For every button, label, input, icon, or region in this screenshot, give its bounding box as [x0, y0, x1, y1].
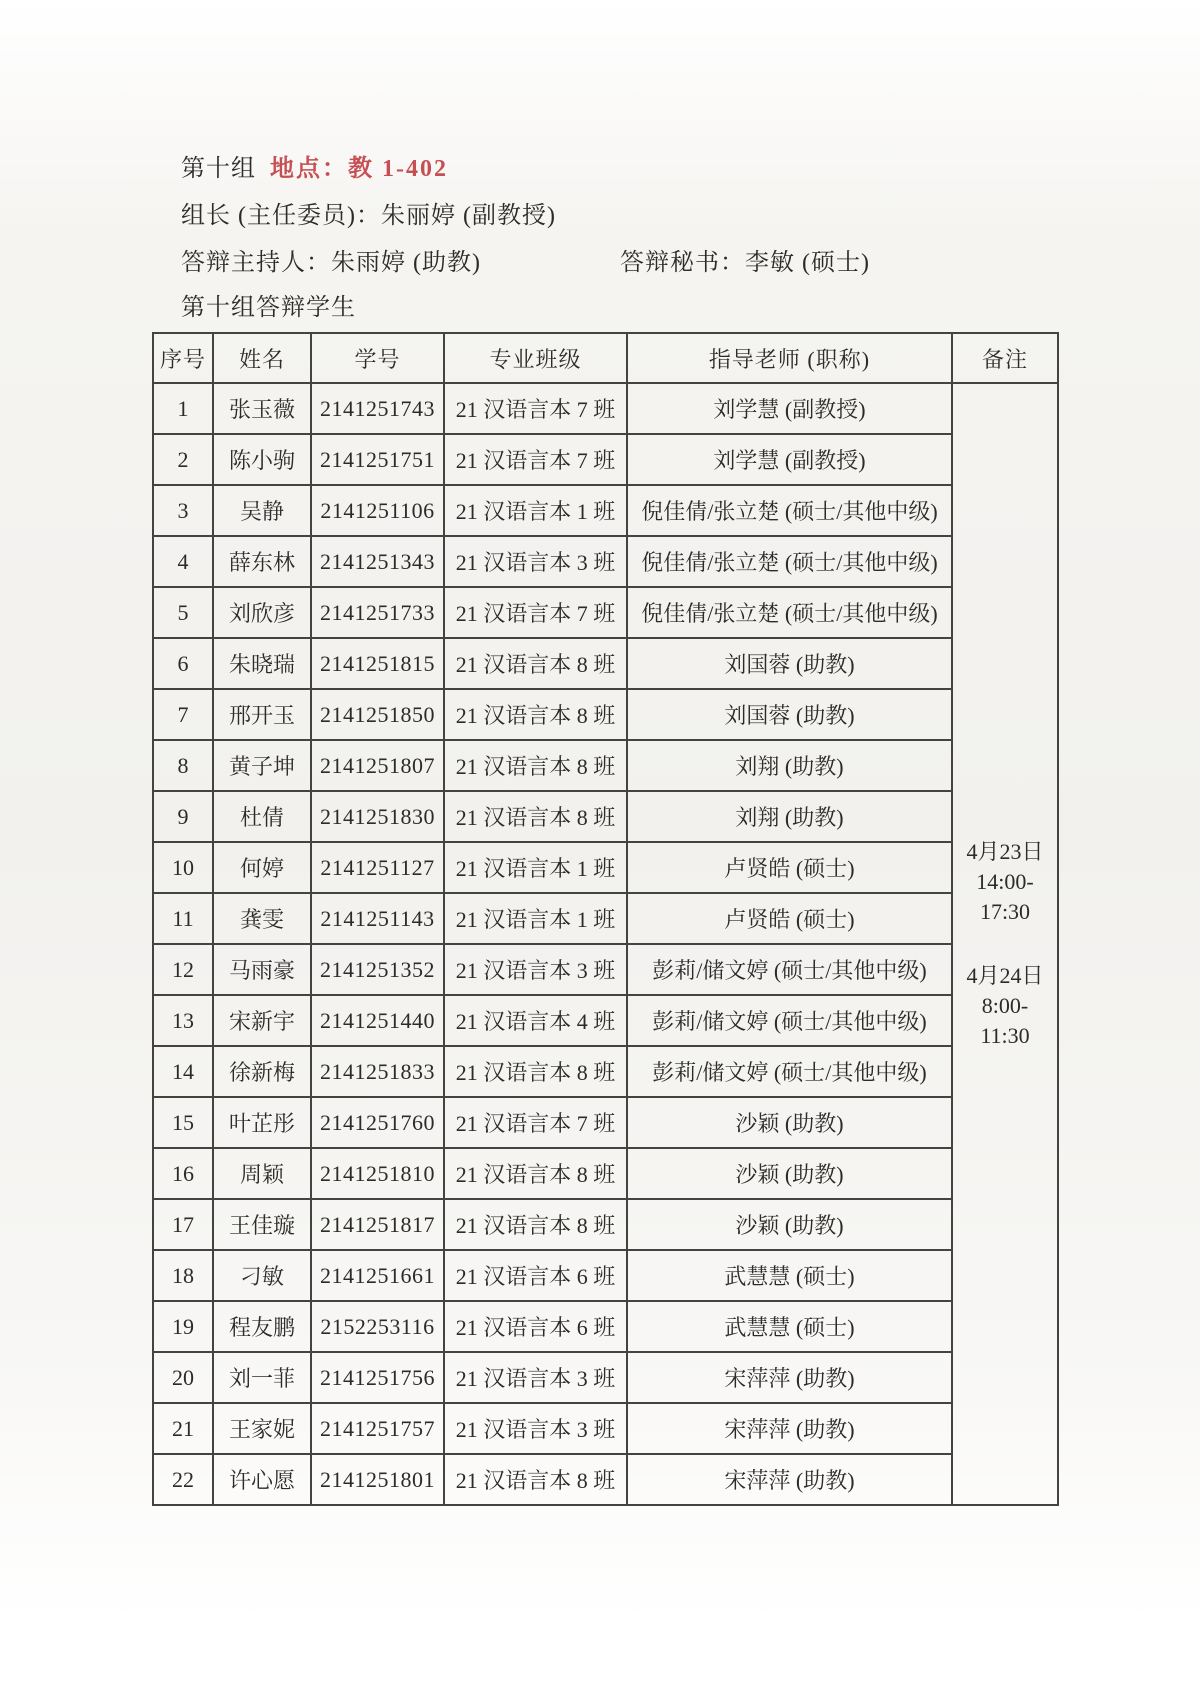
- host-line: 答辩主持人：朱雨婷 (助教): [181, 250, 481, 276]
- cell-advisor: 宋萍萍 (助教): [627, 1403, 952, 1454]
- remark-line: 8:00-: [953, 991, 1057, 1021]
- cell-student-id: 2141251661: [311, 1250, 444, 1301]
- cell-class: 21 汉语言本 3 班: [444, 944, 627, 995]
- cell-advisor: 武慧慧 (硕士): [627, 1250, 952, 1301]
- table-row: 14徐新梅214125183321 汉语言本 8 班彭莉/储文婷 (硕士/其他中…: [153, 1046, 1058, 1097]
- title-line: 第十组地点：教 1-402: [181, 155, 448, 183]
- cell-name: 宋新宇: [213, 995, 311, 1046]
- cell-student-id: 2141251807: [311, 740, 444, 791]
- cell-student-id: 2141251830: [311, 791, 444, 842]
- cell-class: 21 汉语言本 3 班: [444, 1352, 627, 1403]
- cell-class: 21 汉语言本 7 班: [444, 587, 627, 638]
- cell-student-id: 2141251756: [311, 1352, 444, 1403]
- col-header-seq: 序号: [153, 333, 213, 383]
- secretary-line: 答辩秘书：李敏 (硕士): [620, 249, 870, 277]
- cell-seq: 10: [153, 842, 213, 893]
- table-row: 17王佳璇214125181721 汉语言本 8 班沙颖 (助教): [153, 1199, 1058, 1250]
- cell-student-id: 2152253116: [311, 1301, 444, 1352]
- table-row: 9杜倩214125183021 汉语言本 8 班刘翔 (助教): [153, 791, 1058, 842]
- cell-student-id: 2141251352: [311, 944, 444, 995]
- table-row: 21王家妮214125175721 汉语言本 3 班宋萍萍 (助教): [153, 1403, 1058, 1454]
- cell-seq: 8: [153, 740, 213, 791]
- col-header-id: 学号: [311, 333, 444, 383]
- cell-advisor: 彭莉/储文婷 (硕士/其他中级): [627, 944, 952, 995]
- cell-advisor: 刘国蓉 (助教): [627, 689, 952, 740]
- cell-student-id: 2141251440: [311, 995, 444, 1046]
- col-header-class: 专业班级: [444, 333, 627, 383]
- table-header-row: 序号 姓名 学号 专业班级 指导老师 (职称) 备注: [153, 333, 1058, 383]
- cell-name: 陈小驹: [213, 434, 311, 485]
- cell-student-id: 2141251733: [311, 587, 444, 638]
- cell-seq: 22: [153, 1454, 213, 1505]
- cell-seq: 20: [153, 1352, 213, 1403]
- cell-seq: 2: [153, 434, 213, 485]
- cell-advisor: 刘翔 (助教): [627, 740, 952, 791]
- cell-advisor: 彭莉/储文婷 (硕士/其他中级): [627, 995, 952, 1046]
- cell-class: 21 汉语言本 8 班: [444, 1454, 627, 1505]
- cell-seq: 12: [153, 944, 213, 995]
- cell-name: 王家妮: [213, 1403, 311, 1454]
- cell-advisor: 彭莉/储文婷 (硕士/其他中级): [627, 1046, 952, 1097]
- cell-name: 张玉薇: [213, 383, 311, 434]
- remark-line: 4月23日: [953, 837, 1057, 867]
- table-row: 6朱晓瑞214125181521 汉语言本 8 班刘国蓉 (助教): [153, 638, 1058, 689]
- cell-advisor: 刘学慧 (副教授): [627, 434, 952, 485]
- cell-class: 21 汉语言本 4 班: [444, 995, 627, 1046]
- cell-class: 21 汉语言本 3 班: [444, 1403, 627, 1454]
- location-label: 地点：教 1-402: [270, 156, 448, 182]
- cell-seq: 18: [153, 1250, 213, 1301]
- cell-name: 周颖: [213, 1148, 311, 1199]
- remark-line: 11:30: [953, 1021, 1057, 1051]
- cell-student-id: 2141251143: [311, 893, 444, 944]
- cell-name: 徐新梅: [213, 1046, 311, 1097]
- table-row: 12马雨豪214125135221 汉语言本 3 班彭莉/储文婷 (硕士/其他中…: [153, 944, 1058, 995]
- table-row: 20刘一菲214125175621 汉语言本 3 班宋萍萍 (助教): [153, 1352, 1058, 1403]
- cell-seq: 9: [153, 791, 213, 842]
- cell-student-id: 2141251817: [311, 1199, 444, 1250]
- cell-student-id: 2141251127: [311, 842, 444, 893]
- table-row: 3吴静214125110621 汉语言本 1 班倪佳倩/张立楚 (硕士/其他中级…: [153, 485, 1058, 536]
- remark-line: 17:30: [953, 897, 1057, 927]
- scanned-document: { "header": { "group": "第十组", "location"…: [0, 0, 1200, 1692]
- cell-seq: 21: [153, 1403, 213, 1454]
- col-header-remark: 备注: [952, 333, 1058, 383]
- cell-seq: 17: [153, 1199, 213, 1250]
- table-row: 5刘欣彦214125173321 汉语言本 7 班倪佳倩/张立楚 (硕士/其他中…: [153, 587, 1058, 638]
- cell-class: 21 汉语言本 8 班: [444, 689, 627, 740]
- students-table: 序号 姓名 学号 专业班级 指导老师 (职称) 备注 1张玉薇214125174…: [152, 332, 1059, 1506]
- cell-remark-schedule: 4月23日14:00-17:304月24日8:00-11:30: [952, 383, 1058, 1505]
- col-header-name: 姓名: [213, 333, 311, 383]
- cell-class: 21 汉语言本 8 班: [444, 638, 627, 689]
- cell-name: 马雨豪: [213, 944, 311, 995]
- col-header-advisor: 指导老师 (职称): [627, 333, 952, 383]
- remark-line: 4月24日: [953, 961, 1057, 991]
- cell-seq: 4: [153, 536, 213, 587]
- cell-advisor: 宋萍萍 (助教): [627, 1454, 952, 1505]
- table-row: 22许心愿214125180121 汉语言本 8 班宋萍萍 (助教): [153, 1454, 1058, 1505]
- cell-class: 21 汉语言本 3 班: [444, 536, 627, 587]
- cell-student-id: 2141251343: [311, 536, 444, 587]
- cell-name: 薛东林: [213, 536, 311, 587]
- cell-name: 朱晓瑞: [213, 638, 311, 689]
- cell-name: 杜倩: [213, 791, 311, 842]
- cell-seq: 5: [153, 587, 213, 638]
- cell-class: 21 汉语言本 8 班: [444, 740, 627, 791]
- group-title: 第十组: [181, 156, 256, 182]
- cell-seq: 16: [153, 1148, 213, 1199]
- remark-line: 14:00-: [953, 867, 1057, 897]
- cell-student-id: 2141251810: [311, 1148, 444, 1199]
- table-row: 11龚雯214125114321 汉语言本 1 班卢贤皓 (硕士): [153, 893, 1058, 944]
- cell-name: 龚雯: [213, 893, 311, 944]
- cell-class: 21 汉语言本 6 班: [444, 1250, 627, 1301]
- table-row: 13宋新宇214125144021 汉语言本 4 班彭莉/储文婷 (硕士/其他中…: [153, 995, 1058, 1046]
- cell-class: 21 汉语言本 7 班: [444, 434, 627, 485]
- cell-name: 许心愿: [213, 1454, 311, 1505]
- table-row: 2陈小驹214125175121 汉语言本 7 班刘学慧 (副教授): [153, 434, 1058, 485]
- table-row: 8黄子坤214125180721 汉语言本 8 班刘翔 (助教): [153, 740, 1058, 791]
- cell-name: 吴静: [213, 485, 311, 536]
- cell-name: 王佳璇: [213, 1199, 311, 1250]
- table-row: 19程友鹏215225311621 汉语言本 6 班武慧慧 (硕士): [153, 1301, 1058, 1352]
- cell-name: 何婷: [213, 842, 311, 893]
- cell-seq: 11: [153, 893, 213, 944]
- cell-advisor: 刘学慧 (副教授): [627, 383, 952, 434]
- cell-advisor: 刘国蓉 (助教): [627, 638, 952, 689]
- cell-student-id: 2141251850: [311, 689, 444, 740]
- remark-spacer: [953, 927, 1057, 961]
- leader-line: 组长 (主任委员)：朱丽婷 (副教授): [181, 202, 556, 230]
- cell-student-id: 2141251760: [311, 1097, 444, 1148]
- cell-student-id: 2141251743: [311, 383, 444, 434]
- cell-seq: 3: [153, 485, 213, 536]
- host-secretary-line: 答辩主持人：朱雨婷 (助教) 答辩秘书：李敏 (硕士): [181, 249, 1081, 277]
- table-row: 10何婷214125112721 汉语言本 1 班卢贤皓 (硕士): [153, 842, 1058, 893]
- table-row: 18刁敏214125166121 汉语言本 6 班武慧慧 (硕士): [153, 1250, 1058, 1301]
- cell-advisor: 沙颖 (助教): [627, 1199, 952, 1250]
- cell-class: 21 汉语言本 7 班: [444, 383, 627, 434]
- cell-name: 刁敏: [213, 1250, 311, 1301]
- table-row: 1张玉薇214125174321 汉语言本 7 班刘学慧 (副教授)4月23日1…: [153, 383, 1058, 434]
- cell-advisor: 倪佳倩/张立楚 (硕士/其他中级): [627, 587, 952, 638]
- cell-advisor: 卢贤皓 (硕士): [627, 842, 952, 893]
- cell-student-id: 2141251815: [311, 638, 444, 689]
- cell-class: 21 汉语言本 8 班: [444, 1148, 627, 1199]
- cell-seq: 15: [153, 1097, 213, 1148]
- cell-seq: 6: [153, 638, 213, 689]
- cell-advisor: 宋萍萍 (助教): [627, 1352, 952, 1403]
- cell-class: 21 汉语言本 1 班: [444, 842, 627, 893]
- cell-student-id: 2141251801: [311, 1454, 444, 1505]
- cell-class: 21 汉语言本 8 班: [444, 791, 627, 842]
- cell-seq: 13: [153, 995, 213, 1046]
- cell-class: 21 汉语言本 7 班: [444, 1097, 627, 1148]
- cell-advisor: 沙颖 (助教): [627, 1097, 952, 1148]
- cell-class: 21 汉语言本 8 班: [444, 1046, 627, 1097]
- cell-advisor: 武慧慧 (硕士): [627, 1301, 952, 1352]
- cell-advisor: 刘翔 (助教): [627, 791, 952, 842]
- cell-class: 21 汉语言本 1 班: [444, 485, 627, 536]
- table-row: 4薛东林214125134321 汉语言本 3 班倪佳倩/张立楚 (硕士/其他中…: [153, 536, 1058, 587]
- cell-name: 程友鹏: [213, 1301, 311, 1352]
- cell-name: 黄子坤: [213, 740, 311, 791]
- cell-seq: 14: [153, 1046, 213, 1097]
- cell-student-id: 2141251757: [311, 1403, 444, 1454]
- cell-advisor: 倪佳倩/张立楚 (硕士/其他中级): [627, 536, 952, 587]
- cell-class: 21 汉语言本 1 班: [444, 893, 627, 944]
- cell-seq: 1: [153, 383, 213, 434]
- cell-name: 邢开玉: [213, 689, 311, 740]
- cell-student-id: 2141251751: [311, 434, 444, 485]
- cell-seq: 19: [153, 1301, 213, 1352]
- cell-name: 叶芷彤: [213, 1097, 311, 1148]
- students-title: 第十组答辩学生: [181, 294, 356, 322]
- table-row: 16周颖214125181021 汉语言本 8 班沙颖 (助教): [153, 1148, 1058, 1199]
- cell-advisor: 倪佳倩/张立楚 (硕士/其他中级): [627, 485, 952, 536]
- cell-class: 21 汉语言本 6 班: [444, 1301, 627, 1352]
- cell-student-id: 2141251833: [311, 1046, 444, 1097]
- cell-name: 刘一菲: [213, 1352, 311, 1403]
- cell-advisor: 沙颖 (助教): [627, 1148, 952, 1199]
- cell-student-id: 2141251106: [311, 485, 444, 536]
- cell-name: 刘欣彦: [213, 587, 311, 638]
- cell-advisor: 卢贤皓 (硕士): [627, 893, 952, 944]
- cell-class: 21 汉语言本 8 班: [444, 1199, 627, 1250]
- table-row: 15叶芷彤214125176021 汉语言本 7 班沙颖 (助教): [153, 1097, 1058, 1148]
- cell-seq: 7: [153, 689, 213, 740]
- table-row: 7邢开玉214125185021 汉语言本 8 班刘国蓉 (助教): [153, 689, 1058, 740]
